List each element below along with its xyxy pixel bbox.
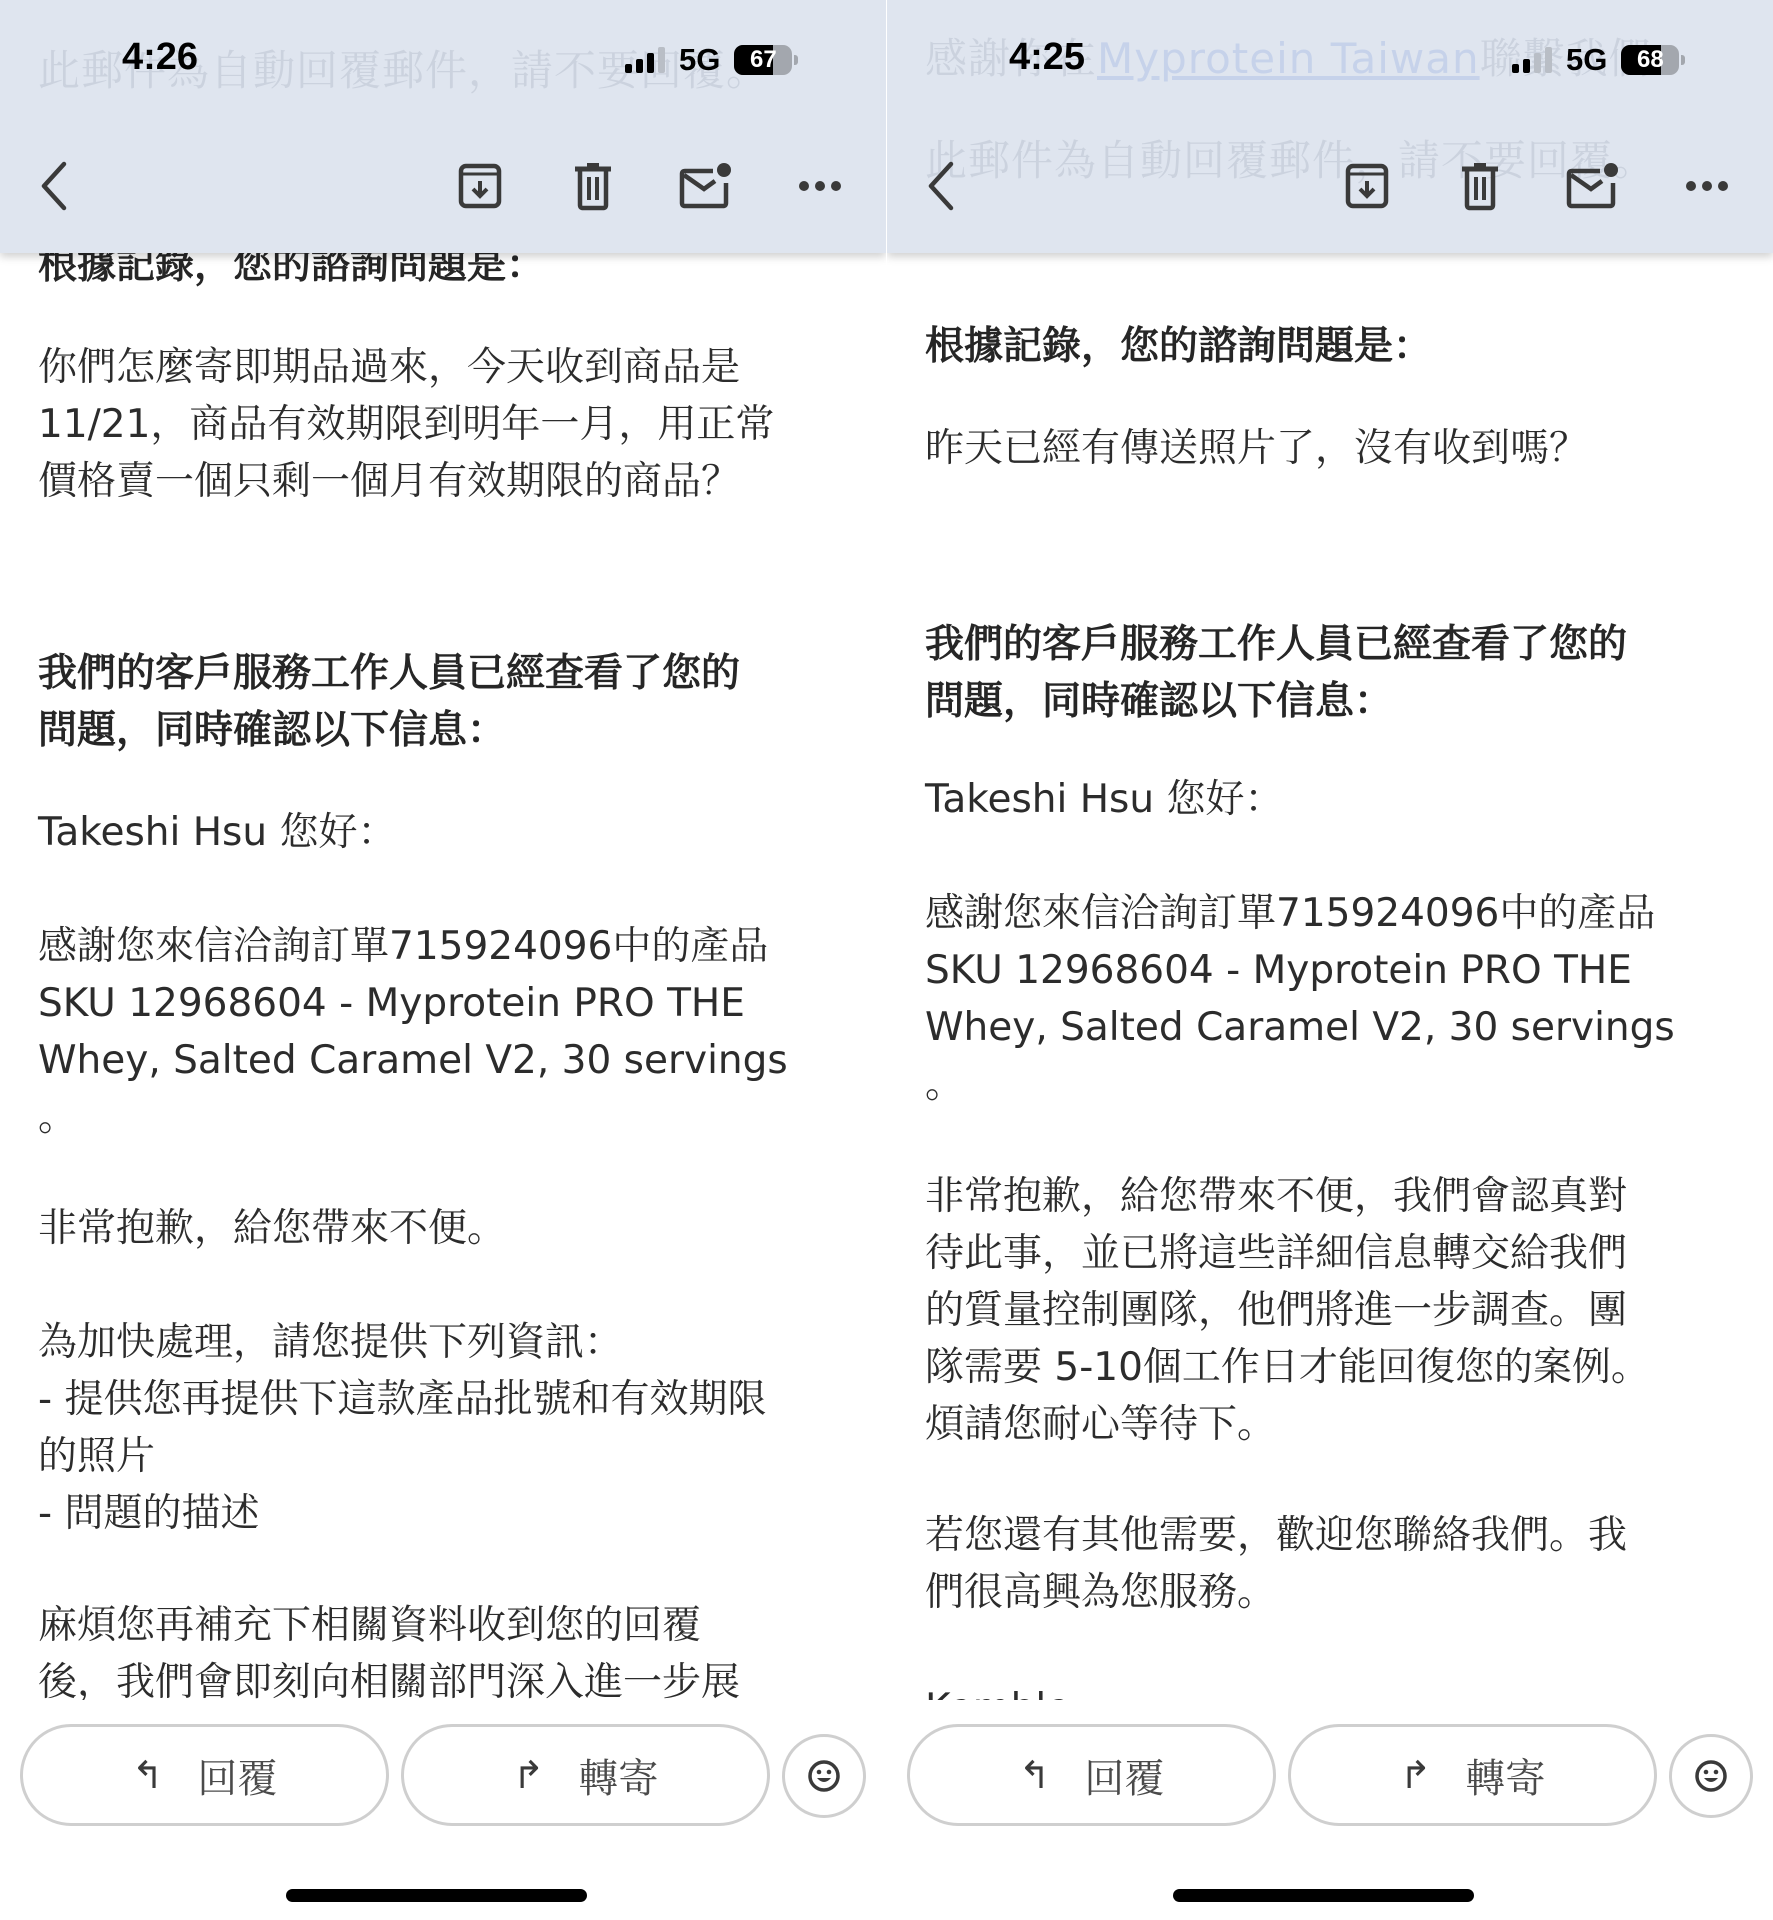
- email-screen-right: 感謝你在Myprotein Taiwan聯繫我們 此郵件為自動回覆郵件，請不要回…: [887, 0, 1773, 1920]
- customer-question: 你們怎麼寄即期品過來，今天收到商品是 11/21，商品有效期限到明年一月，用正常…: [38, 339, 848, 510]
- record-heading: 根據記錄，您的諮詢問題是：: [925, 318, 1735, 375]
- greeting: Takeshi Hsu 您好：: [925, 771, 1735, 828]
- myprotein-taiwan-link[interactable]: Myprotein Taiwan: [1097, 34, 1480, 83]
- staff-heading: 我們的客戶服務工作人員已經查看了您的 問題，同時確認以下信息：: [38, 645, 848, 759]
- email-body-apology: 非常抱歉，給您帶來不便，我們會認真對 待此事，並已將這些詳細信息轉交給我們 的質…: [925, 1168, 1735, 1453]
- signal-icon: [625, 47, 665, 73]
- mark-unread-button[interactable]: [678, 158, 734, 214]
- reply-arrow-icon: ↰: [1019, 1753, 1051, 1797]
- forward-label: 轉寄: [1465, 1747, 1545, 1804]
- email-body-request: 為加快處理，請您提供下列資訊： - 提供您再提供下這款產品批號和有效期限 的照片…: [38, 1314, 848, 1542]
- mark-unread-button[interactable]: [1565, 158, 1621, 214]
- reply-button[interactable]: ↰ 回覆: [907, 1724, 1276, 1826]
- request-info-text: 為加快處理，請您提供下列資訊： - 提供您再提供下這款產品批號和有效期限 的照片…: [38, 1314, 848, 1542]
- emoji-reaction-button[interactable]: [1669, 1734, 1753, 1818]
- archive-icon: [1343, 161, 1391, 211]
- battery-tip: [794, 55, 798, 65]
- email-screen-left: 此郵件為自動回覆郵件，請不要回覆。 4:26 5G 67: [0, 0, 886, 1920]
- trash-icon: [571, 161, 615, 211]
- battery-icon: 67: [734, 45, 792, 75]
- reply-label: 回覆: [1084, 1747, 1164, 1804]
- email-body-question: 你們怎麼寄即期品過來，今天收到商品是 11/21，商品有效期限到明年一月，用正常…: [38, 339, 848, 510]
- reply-button[interactable]: ↰ 回覆: [20, 1724, 389, 1826]
- email-body-greeting: Takeshi Hsu 您好：: [38, 804, 848, 861]
- staff-heading: 我們的客戶服務工作人員已經查看了您的 問題，同時確認以下信息：: [925, 616, 1735, 730]
- chevron-left-icon: [921, 158, 961, 214]
- forward-arrow-icon: ↱: [513, 1753, 545, 1797]
- customer-question: 昨天已經有傳送照片了，沒有收到嗎？: [925, 420, 1735, 477]
- battery-icon: 68: [1621, 45, 1679, 75]
- archive-button[interactable]: [1339, 158, 1395, 214]
- trash-icon: [1458, 161, 1502, 211]
- greeting: Takeshi Hsu 您好：: [38, 804, 848, 861]
- followup-text: 麻煩您再補充下相關資料收到您的回覆 後，我們會即刻向相關部門深入進一步展: [38, 1597, 848, 1711]
- forward-button[interactable]: ↱ 轉寄: [1288, 1724, 1657, 1826]
- delete-button[interactable]: [1452, 158, 1508, 214]
- reply-arrow-icon: ↰: [132, 1753, 164, 1797]
- more-button[interactable]: [792, 158, 848, 214]
- more-horizontal-icon: [1685, 179, 1729, 193]
- email-body-staff: 我們的客戶服務工作人員已經查看了您的 問題，同時確認以下信息：: [925, 616, 1735, 730]
- email-header: 感謝你在Myprotein Taiwan聯繫我們 此郵件為自動回覆郵件，請不要回…: [887, 0, 1773, 253]
- battery-percent: 67: [734, 45, 792, 75]
- email-body-order: 感謝您來信洽詢訂單715924096中的產品 SKU 12968604 - My…: [38, 918, 848, 1146]
- email-body-greeting: Takeshi Hsu 您好：: [925, 771, 1735, 828]
- smiley-icon: [1694, 1759, 1728, 1793]
- back-button[interactable]: [26, 158, 82, 214]
- chevron-left-icon: [34, 158, 74, 214]
- email-body-apology: 非常抱歉，給您帶來不便。: [38, 1200, 848, 1257]
- order-info: 感謝您來信洽詢訂單715924096中的產品 SKU 12968604 - My…: [38, 918, 848, 1146]
- status-time: 4:26: [122, 36, 198, 79]
- email-body-order: 感謝您來信洽詢訂單715924096中的產品 SKU 12968604 - My…: [925, 885, 1735, 1113]
- forward-label: 轉寄: [578, 1747, 658, 1804]
- more-button[interactable]: [1679, 158, 1735, 214]
- email-header: 此郵件為自動回覆郵件，請不要回覆。 4:26 5G 67: [0, 0, 886, 253]
- closing-text: 若您還有其他需要，歡迎您聯絡我們。我 們很高興為您服務。: [925, 1507, 1735, 1621]
- forward-arrow-icon: ↱: [1400, 1753, 1432, 1797]
- email-body-closing: 若您還有其他需要，歡迎您聯絡我們。我 們很高興為您服務。: [925, 1507, 1735, 1621]
- archive-icon: [456, 161, 504, 211]
- back-button[interactable]: [913, 158, 969, 214]
- scrolled-auto-reply-text: 此郵件為自動回覆郵件，請不要回覆。: [925, 128, 1656, 188]
- battery-tip: [1681, 55, 1685, 65]
- email-body: 根據記錄，您的諮詢問題是：: [925, 318, 1735, 375]
- home-indicator[interactable]: [1173, 1889, 1474, 1902]
- home-indicator[interactable]: [286, 1889, 587, 1902]
- delete-button[interactable]: [565, 158, 621, 214]
- email-body-question: 昨天已經有傳送照片了，沒有收到嗎？: [925, 420, 1735, 477]
- apology-text: 非常抱歉，給您帶來不便，我們會認真對 待此事，並已將這些詳細信息轉交給我們 的質…: [925, 1168, 1735, 1453]
- email-body-followup: 麻煩您再補充下相關資料收到您的回覆 後，我們會即刻向相關部門深入進一步展: [38, 1597, 848, 1711]
- status-indicators: 5G 67: [625, 42, 798, 78]
- order-info: 感謝您來信洽詢訂單715924096中的產品 SKU 12968604 - My…: [925, 885, 1735, 1113]
- archive-button[interactable]: [452, 158, 508, 214]
- mail-unread-icon: [1566, 161, 1620, 211]
- forward-button[interactable]: ↱ 轉寄: [401, 1724, 770, 1826]
- network-label: 5G: [1566, 42, 1607, 78]
- more-horizontal-icon: [798, 179, 842, 193]
- reply-label: 回覆: [197, 1747, 277, 1804]
- battery-percent: 68: [1621, 45, 1679, 75]
- emoji-reaction-button[interactable]: [782, 1734, 866, 1818]
- status-indicators: 5G 68: [1512, 42, 1685, 78]
- smiley-icon: [807, 1759, 841, 1793]
- status-time: 4:25: [1009, 36, 1085, 79]
- mail-unread-icon: [679, 161, 733, 211]
- apology-text: 非常抱歉，給您帶來不便。: [38, 1200, 848, 1257]
- email-body-staff: 我們的客戶服務工作人員已經查看了您的 問題，同時確認以下信息：: [38, 645, 848, 759]
- action-bar: ↰ 回覆 ↱ 轉寄: [887, 1700, 1773, 1920]
- action-bar: ↰ 回覆 ↱ 轉寄: [0, 1700, 886, 1920]
- network-label: 5G: [679, 42, 720, 78]
- signal-icon: [1512, 47, 1552, 73]
